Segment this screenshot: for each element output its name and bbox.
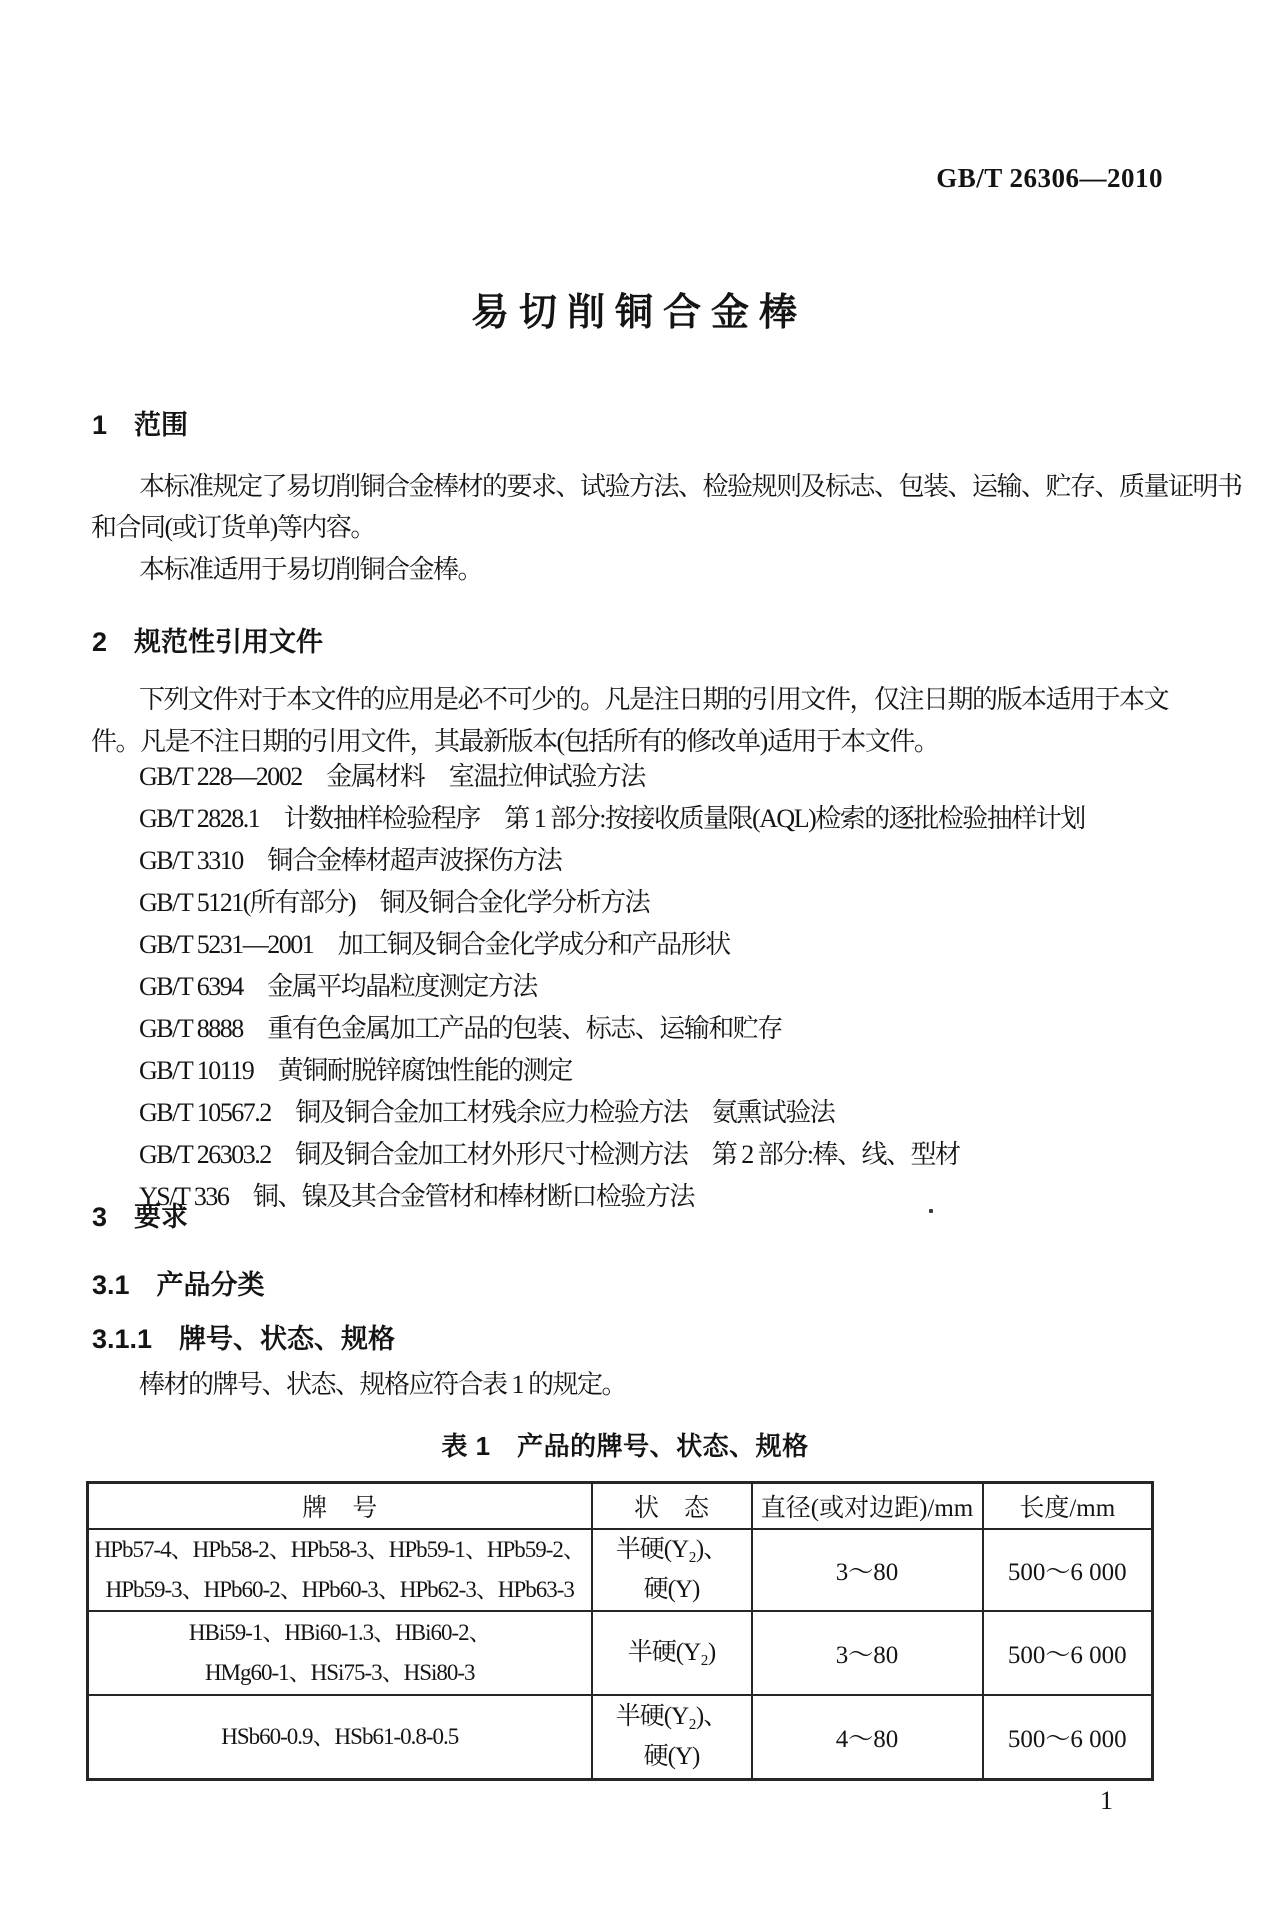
col-header-diameter: 直径(或对边距)/mm <box>752 1483 983 1529</box>
section-3-1-heading: 3.1 产品分类 <box>92 1263 265 1302</box>
cell-diameter: 3～80 <box>752 1611 983 1695</box>
state-line: 半硬(Y₂) <box>595 1633 749 1673</box>
state-line: 半硬(Y₂)、 <box>595 1530 749 1570</box>
table-row: HSb60-0.9、HSb61-0.8-0.5 半硬(Y₂)、 硬(Y) 4～8… <box>88 1695 1153 1780</box>
page-number: 1 <box>1100 1786 1113 1816</box>
section-2-heading: 2 规范性引用文件 <box>92 620 323 659</box>
cell-diameter: 3～80 <box>752 1529 983 1611</box>
grade-line: HPb57-4、HPb58-2、HPb58-3、HPb59-1、HPb59-2、 <box>91 1530 589 1570</box>
state-line: 硬(Y) <box>595 1570 749 1610</box>
cell-state: 半硬(Y₂) <box>592 1611 752 1695</box>
section-3-heading: 3 要求 <box>92 1195 188 1234</box>
table-row: HPb57-4、HPb58-2、HPb58-3、HPb59-1、HPb59-2、… <box>88 1529 1153 1611</box>
state-line: 硬(Y) <box>595 1737 749 1777</box>
section-3-paragraph: 棒材的牌号、状态、规格应符合表 1 的规定。 <box>139 1372 626 1398</box>
reference-item: GB/T 10567.2 铜及铜合金加工材残余应力检验方法 氨熏试验法 <box>139 1100 834 1126</box>
section-1-paragraph-line: 和合同(或订货单)等内容。 <box>91 515 375 541</box>
cell-length: 500～6 000 <box>983 1529 1153 1611</box>
section-2-paragraph-line: 件。凡是不注日期的引用文件，其最新版本(包括所有的修改单)适用于本文件。 <box>91 729 938 755</box>
document-page: GB/T 26306—2010 易切削铜合金棒 1 范围 本标准规定了易切削铜合… <box>0 0 1280 1929</box>
reference-item: GB/T 6394 金属平均晶粒度测定方法 <box>139 974 537 1000</box>
section-2-paragraph-line: 下列文件对于本文件的应用是必不可少的。凡是注日期的引用文件，仅注日期的版本适用于… <box>139 687 1168 713</box>
state-line: 半硬(Y₂)、 <box>595 1697 749 1737</box>
grade-line: HPb59-3、HPb60-2、HPb60-3、HPb62-3、HPb63-3 <box>91 1570 589 1610</box>
section-1-paragraph-line: 本标准适用于易切削铜合金棒。 <box>139 557 482 583</box>
col-header-state: 状 态 <box>592 1483 752 1529</box>
standard-number: GB/T 26306—2010 <box>936 163 1163 194</box>
cell-length: 500～6 000 <box>983 1695 1153 1780</box>
reference-item: GB/T 5121(所有部分) 铜及铜合金化学分析方法 <box>139 890 649 916</box>
scan-speck <box>929 1209 933 1213</box>
cell-state: 半硬(Y₂)、 硬(Y) <box>592 1529 752 1611</box>
section-1-heading: 1 范围 <box>92 403 188 442</box>
cell-grades: HBi59-1、HBi60-1.3、HBi60-2、 HMg60-1、HSi75… <box>88 1611 592 1695</box>
table-header-row: 牌 号 状 态 直径(或对边距)/mm 长度/mm <box>88 1483 1153 1529</box>
cell-grades: HPb57-4、HPb58-2、HPb58-3、HPb59-1、HPb59-2、… <box>88 1529 592 1611</box>
grade-line: HMg60-1、HSi75-3、HSi80-3 <box>91 1653 589 1693</box>
grade-line: HSb60-0.9、HSb61-0.8-0.5 <box>91 1717 589 1757</box>
reference-item: GB/T 10119 黄铜耐脱锌腐蚀性能的测定 <box>139 1058 572 1084</box>
grade-line: HBi59-1、HBi60-1.3、HBi60-2、 <box>91 1613 589 1653</box>
cell-length: 500～6 000 <box>983 1611 1153 1695</box>
reference-item: GB/T 26303.2 铜及铜合金加工材外形尺寸检测方法 第 2 部分:棒、线… <box>139 1142 959 1168</box>
reference-item: GB/T 8888 重有色金属加工产品的包装、标志、运输和贮存 <box>139 1016 782 1042</box>
section-3-1-1-heading: 3.1.1 牌号、状态、规格 <box>92 1317 395 1356</box>
cell-diameter: 4～80 <box>752 1695 983 1780</box>
reference-item: GB/T 3310 铜合金棒材超声波探伤方法 <box>139 848 561 874</box>
reference-item: GB/T 228—2002 金属材料 室温拉伸试验方法 <box>139 764 645 790</box>
reference-item: GB/T 2828.1 计数抽样检验程序 第 1 部分:按接收质量限(AQL)检… <box>139 806 1085 832</box>
reference-item: YS/T 336 铜、镍及其合金管材和棒材断口检验方法 <box>139 1184 694 1210</box>
cell-state: 半硬(Y₂)、 硬(Y) <box>592 1695 752 1780</box>
col-header-grade: 牌 号 <box>88 1483 592 1529</box>
table-1-caption: 表 1 产品的牌号、状态、规格 <box>0 1426 1250 1463</box>
document-title: 易切削铜合金棒 <box>0 281 1268 336</box>
section-1-paragraph-line: 本标准规定了易切削铜合金棒材的要求、试验方法、检验规则及标志、包装、运输、贮存、… <box>139 474 1242 500</box>
col-header-length: 长度/mm <box>983 1483 1153 1529</box>
table-row: HBi59-1、HBi60-1.3、HBi60-2、 HMg60-1、HSi75… <box>88 1611 1153 1695</box>
reference-item: GB/T 5231—2001 加工铜及铜合金化学成分和产品形状 <box>139 932 730 958</box>
cell-grades: HSb60-0.9、HSb61-0.8-0.5 <box>88 1695 592 1780</box>
table-1: 牌 号 状 态 直径(或对边距)/mm 长度/mm HPb57-4、HPb58-… <box>86 1481 1154 1781</box>
